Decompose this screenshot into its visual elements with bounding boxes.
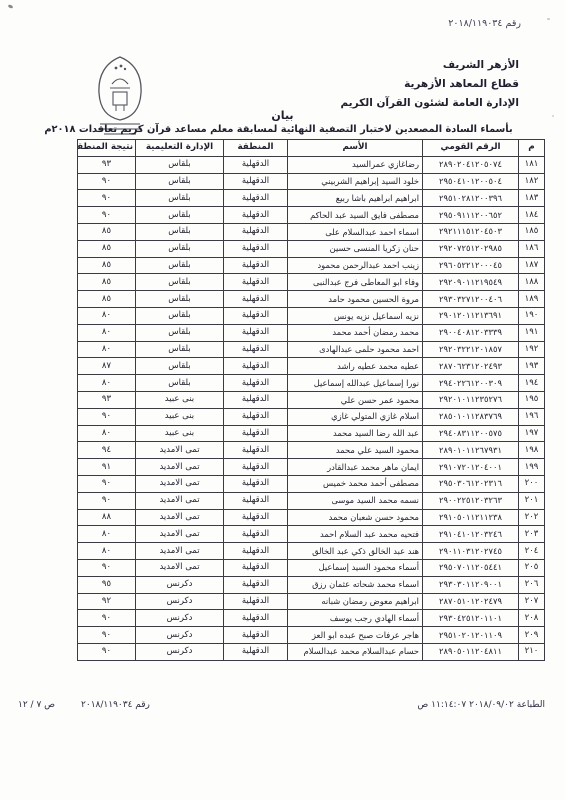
table-row: ٢٠٥ ٢٩٥٠٧٠١١٢٠٥٤٤١ أسماء محمود السيد إسم… bbox=[78, 559, 545, 576]
cell-region-score: ٩٠ bbox=[78, 475, 136, 492]
cell-edu-admin: بلقاس bbox=[136, 307, 224, 324]
cell-national-id: ٢٩٤٠٢٢٦١٢٠٠٣٠٩ bbox=[423, 375, 519, 392]
cell-edu-admin: تمى الامديد bbox=[136, 492, 224, 509]
cell-region: الدقهلية bbox=[224, 274, 288, 291]
cell-region: الدقهلية bbox=[224, 543, 288, 560]
cell-region: الدقهلية bbox=[224, 559, 288, 576]
cell-edu-admin: بلقاس bbox=[136, 341, 224, 358]
cell-edu-admin: دكرنس bbox=[136, 593, 224, 610]
footer-doc-info: رقم ٢٠١٨/١١٩٠٣٤ص ٧ / ١٢ bbox=[18, 700, 150, 710]
cell-name: احمد محمود حلمى عبدالهادى bbox=[288, 341, 423, 358]
cell-name: ابراهيم ابراهيم باشا ربيع bbox=[288, 190, 423, 207]
cell-serial: ٢٠٦ bbox=[519, 576, 545, 593]
cell-serial: ٢٠٤ bbox=[519, 543, 545, 560]
cell-serial: ٢١٠ bbox=[519, 643, 545, 660]
cell-edu-admin: بلقاس bbox=[136, 324, 224, 341]
cell-national-id: ٢٩٥٠٤١٠١٢٠٠٥٠٤ bbox=[423, 173, 519, 190]
cell-national-id: ٢٩١٠٧٢٠١٢٠٤٠٠١ bbox=[423, 459, 519, 476]
cell-serial: ١٨٩ bbox=[519, 291, 545, 308]
cell-national-id: ٢٩١٠٤١٠١٢٠٣٢٤٦ bbox=[423, 526, 519, 543]
cell-region: الدقهلية bbox=[224, 257, 288, 274]
cell-edu-admin: بلقاس bbox=[136, 190, 224, 207]
cell-region: الدقهلية bbox=[224, 324, 288, 341]
cell-region-score: ٨٧ bbox=[78, 358, 136, 375]
table-row: ١٩٢ ٢٩٢٠٣٢٢١٢٠١٨٥٧ احمد محمود حلمى عبدال… bbox=[78, 341, 545, 358]
cell-edu-admin: تمى الامديد bbox=[136, 459, 224, 476]
cell-national-id: ٢٨٥٠١٠١١٢٨٣٧٦٩ bbox=[423, 408, 519, 425]
cell-serial: ٢٠٥ bbox=[519, 559, 545, 576]
cell-name: هند عبد الخالق ذكي عبد الخالق bbox=[288, 543, 423, 560]
table-row: ١٨٢ ٢٩٥٠٤١٠١٢٠٠٥٠٤ خلود السيد إبراهيم ال… bbox=[78, 173, 545, 190]
table-row: ٢٠٠ ٢٩٥٠٣٠٦١٢٠٢٣١٦ مصطفى أحمد محمد خميس … bbox=[78, 475, 545, 492]
cell-edu-admin: بلقاس bbox=[136, 207, 224, 224]
cell-national-id: ٢٨٧٠٦٢٣١٢٠٢٤٩٣ bbox=[423, 358, 519, 375]
cell-region-score: ٩٠ bbox=[78, 643, 136, 660]
cell-national-id: ٢٨٩٠٥٠١١٢٠٤٨١١ bbox=[423, 643, 519, 660]
cell-serial: ١٩٦ bbox=[519, 408, 545, 425]
cell-region-score: ٩٠ bbox=[78, 610, 136, 627]
cell-serial: ١٨٤ bbox=[519, 207, 545, 224]
cell-national-id: ٢٩٥٠٧٠١١٢٠٥٤٤١ bbox=[423, 559, 519, 576]
table-row: ٢٠٤ ٢٩٠١١٠٣١٢٠٢٧٤٥ هند عبد الخالق ذكي عب… bbox=[78, 543, 545, 560]
cell-name: نزيه اسماعيل نزيه يونس bbox=[288, 307, 423, 324]
cell-serial: ١٩١ bbox=[519, 324, 545, 341]
cell-serial: ٢٠٨ bbox=[519, 610, 545, 627]
cell-edu-admin: بلقاس bbox=[136, 156, 224, 173]
cell-national-id: ٢٩٠٠٢٢٥١٢٠٣٢٦٣ bbox=[423, 492, 519, 509]
cell-national-id: ٢٩٠٠٤٠٨١٢٠٣٣٣٩ bbox=[423, 324, 519, 341]
cell-region-score: ٨٥ bbox=[78, 240, 136, 257]
cell-serial: ١٨٢ bbox=[519, 173, 545, 190]
table-row: ٢٠٦ ٢٩٣٠٣٠١١٢٠٩٠٠١ اسماء محمد شحاته عثما… bbox=[78, 576, 545, 593]
footer-doc-number: رقم ٢٠١٨/١١٩٠٣٤ bbox=[81, 700, 150, 710]
cell-edu-admin: بلقاس bbox=[136, 240, 224, 257]
table-row: ١٩٦ ٢٨٥٠١٠١١٢٨٣٧٦٩ اسلام غازي المتولي غا… bbox=[78, 408, 545, 425]
cell-region-score: ٩٣ bbox=[78, 391, 136, 408]
cell-serial: ١٩٩ bbox=[519, 459, 545, 476]
table-row: ١٨٣ ٢٩٥١٠٢٨١٢٠٠٣٩٦ ابراهيم ابراهيم باشا … bbox=[78, 190, 545, 207]
cell-region: الدقهلية bbox=[224, 442, 288, 459]
cell-edu-admin: بنى عبيد bbox=[136, 391, 224, 408]
cell-region: الدقهلية bbox=[224, 291, 288, 308]
cell-region: الدقهلية bbox=[224, 408, 288, 425]
cell-serial: ٢٠٧ bbox=[519, 593, 545, 610]
cell-edu-admin: تمى الامديد bbox=[136, 559, 224, 576]
document-title: بأسماء السادة المصعدين لاختبار التصفية ا… bbox=[16, 124, 541, 135]
cell-region: الدقهلية bbox=[224, 240, 288, 257]
cell-region: الدقهلية bbox=[224, 307, 288, 324]
table-row: ٢٠٨ ٢٩٣٠٤٢٥١٢٠١١٠١ أسماء الهادي رجب يوسف… bbox=[78, 610, 545, 627]
cell-region-score: ٩٠ bbox=[78, 190, 136, 207]
table-row: ١٩١ ٢٩٠٠٤٠٨١٢٠٣٣٣٩ محمد رمضان أحمد محمد … bbox=[78, 324, 545, 341]
cell-region-score: ٩٠ bbox=[78, 408, 136, 425]
scan-speck bbox=[8, 4, 14, 9]
cell-edu-admin: دكرنس bbox=[136, 610, 224, 627]
cell-region-score: ٩٥ bbox=[78, 576, 136, 593]
table-row: ١٨٤ ٢٩٥٠٩١١١٢٠٠٦٥٢ مصطفى فايق السيد عبد … bbox=[78, 207, 545, 224]
cell-region: الدقهلية bbox=[224, 391, 288, 408]
cell-serial: ٢٠٢ bbox=[519, 509, 545, 526]
cell-name: زينب احمد عبدالرحمن محمود bbox=[288, 257, 423, 274]
cell-name: حسام عبدالسلام محمد عبدالسلام bbox=[288, 643, 423, 660]
org-line-1: الأزهر الشريف bbox=[340, 56, 519, 75]
cell-edu-admin: تمى الامديد bbox=[136, 509, 224, 526]
cell-region: الدقهلية bbox=[224, 526, 288, 543]
cell-region-score: ٨٨ bbox=[78, 509, 136, 526]
cell-region: الدقهلية bbox=[224, 627, 288, 644]
cell-name: هاجر عرفات صبح عبده ابو العز bbox=[288, 627, 423, 644]
cell-serial: ١٩٢ bbox=[519, 341, 545, 358]
cell-region-score: ٩٠ bbox=[78, 173, 136, 190]
cell-name: ايمان ماهر محمد عبدالقادر bbox=[288, 459, 423, 476]
table-row: ١٩٨ ٢٨٩٠١٠١١٢٦٧٩٣١ محمود السيد علي محمد … bbox=[78, 442, 545, 459]
cell-national-id: ٢٩٢٠٣٢٢١٢٠١٨٥٧ bbox=[423, 341, 519, 358]
cell-national-id: ٢٩٥١٠٢٠١٢٠١١٠٩ bbox=[423, 627, 519, 644]
cell-edu-admin: تمى الامديد bbox=[136, 442, 224, 459]
cell-region-score: ٨٥ bbox=[78, 274, 136, 291]
cell-name: مصطفى أحمد محمد خميس bbox=[288, 475, 423, 492]
cell-name: محمود عمر حسن علي bbox=[288, 391, 423, 408]
table-row: ١٨١ ٢٨٩٠٢٠٤١٢٠٥٠٧٤ رضاغازي عمرالسيد الدق… bbox=[78, 156, 545, 173]
col-header-region: المنطقة bbox=[224, 140, 288, 157]
cell-serial: ٢٠٠ bbox=[519, 475, 545, 492]
cell-region: الدقهلية bbox=[224, 459, 288, 476]
cell-region: الدقهلية bbox=[224, 593, 288, 610]
cell-region-score: ٩٣ bbox=[78, 156, 136, 173]
footer-page-indicator: ص ٧ / ١٢ bbox=[18, 700, 55, 710]
cell-national-id: ٢٩٣٠٤٢٥١٢٠١١٠١ bbox=[423, 610, 519, 627]
candidates-table: م الرقم القومي الأسم المنطقة الإدارة الت… bbox=[77, 139, 545, 661]
cell-region-score: ٨٠ bbox=[78, 543, 136, 560]
scan-speck bbox=[547, 18, 550, 20]
cell-name: محمد رمضان أحمد محمد bbox=[288, 324, 423, 341]
table-row: ١٩٥ ٢٩٢٠١٠١١٢٣٥٢٧٦ محمود عمر حسن علي الد… bbox=[78, 391, 545, 408]
table-row: ٢٠٩ ٢٩٥١٠٢٠١٢٠١١٠٩ هاجر عرفات صبح عبده ا… bbox=[78, 627, 545, 644]
cell-serial: ٢٠٩ bbox=[519, 627, 545, 644]
cell-name: حنان زكريا المنسى حسين bbox=[288, 240, 423, 257]
cell-region: الدقهلية bbox=[224, 509, 288, 526]
cell-region-score: ٨٥ bbox=[78, 291, 136, 308]
cell-edu-admin: دكرنس bbox=[136, 627, 224, 644]
table-header-row: م الرقم القومي الأسم المنطقة الإدارة الت… bbox=[78, 140, 545, 157]
col-header-region-score: نتيجة المنطقة bbox=[78, 140, 136, 157]
table-row: ١٩٤ ٢٩٤٠٢٢٦١٢٠٠٣٠٩ نورا إسماعيل عبدالله … bbox=[78, 375, 545, 392]
table-row: ١٨٧ ٢٩٦٠٥٢٢١٢٠٠٠٤٥ زينب احمد عبدالرحمن م… bbox=[78, 257, 545, 274]
cell-region-score: ٨٠ bbox=[78, 307, 136, 324]
table-row: ١٩٩ ٢٩١٠٧٢٠١٢٠٤٠٠١ ايمان ماهر محمد عبدال… bbox=[78, 459, 545, 476]
cell-edu-admin: تمى الامديد bbox=[136, 526, 224, 543]
cell-name: محمود حسن شعبان محمد bbox=[288, 509, 423, 526]
cell-region: الدقهلية bbox=[224, 190, 288, 207]
cell-name: مروة الحسين محمود حامد bbox=[288, 291, 423, 308]
cell-serial: ١٨١ bbox=[519, 156, 545, 173]
cell-serial: ١٨٣ bbox=[519, 190, 545, 207]
table-row: ١٩٣ ٢٨٧٠٦٢٣١٢٠٢٤٩٣ عطيه محمد عطيه راشد ا… bbox=[78, 358, 545, 375]
cell-region: الدقهلية bbox=[224, 156, 288, 173]
cell-serial: ٢٠٣ bbox=[519, 526, 545, 543]
table-row: ٢٠١ ٢٩٠٠٢٢٥١٢٠٣٢٦٣ نسمه محمد السيد موسى … bbox=[78, 492, 545, 509]
cell-national-id: ٢٩٢١١١٥١٢٠٤٥٠٣ bbox=[423, 223, 519, 240]
table-row: ١٨٨ ٢٩٢٠٩٠١١٢١٩٥٤٩ وفاء ابو المعاطى فرج … bbox=[78, 274, 545, 291]
cell-national-id: ٢٩١٠٥٠١١٢١١٢٣٨ bbox=[423, 509, 519, 526]
cell-national-id: ٢٩٠١٢٠١١٢١٣٦٩١ bbox=[423, 307, 519, 324]
cell-national-id: ٢٩٤٠٨٣١١٢٠٠٥٧٥ bbox=[423, 425, 519, 442]
cell-name: عطيه محمد عطيه راشد bbox=[288, 358, 423, 375]
cell-national-id: ٢٩٢٠٧٢٥١٢٠٢٩٨٥ bbox=[423, 240, 519, 257]
cell-region: الدقهلية bbox=[224, 610, 288, 627]
cell-name: فتحيه محمد عبد السلام احمد bbox=[288, 526, 423, 543]
cell-region-score: ٨٥ bbox=[78, 257, 136, 274]
cell-serial: ١٨٨ bbox=[519, 274, 545, 291]
cell-name: نورا إسماعيل عبدالله إسماعيل bbox=[288, 375, 423, 392]
cell-region-score: ٩١ bbox=[78, 459, 136, 476]
statement-word: بيان bbox=[0, 109, 565, 122]
print-timestamp: الطباعة ٢٠١٨/٠٩/٠٢ ١١:١٤:٠٧ ص bbox=[417, 700, 545, 710]
cell-region: الدقهلية bbox=[224, 223, 288, 240]
cell-edu-admin: دكرنس bbox=[136, 576, 224, 593]
cell-national-id: ٢٩٣٠٣٢٧١٢٠٠٤٠٦ bbox=[423, 291, 519, 308]
cell-region-score: ٩٠ bbox=[78, 492, 136, 509]
scanned-document-page: رقم ٢٠١٨/١١٩٠٣٤ الأزهر الشريف قطاع المعا… bbox=[0, 0, 565, 800]
cell-region-score: ٩٠ bbox=[78, 207, 136, 224]
cell-national-id: ٢٩٢٠١٠١١٢٣٥٢٧٦ bbox=[423, 391, 519, 408]
cell-region: الدقهلية bbox=[224, 425, 288, 442]
cell-edu-admin: بلقاس bbox=[136, 274, 224, 291]
table-row: ١٨٦ ٢٩٢٠٧٢٥١٢٠٢٩٨٥ حنان زكريا المنسى حسي… bbox=[78, 240, 545, 257]
cell-region: الدقهلية bbox=[224, 341, 288, 358]
cell-edu-admin: بلقاس bbox=[136, 223, 224, 240]
cell-region-score: ٩٠ bbox=[78, 559, 136, 576]
organization-header: الأزهر الشريف قطاع المعاهد الأزهرية الإد… bbox=[340, 56, 519, 113]
cell-name: ابراهيم معوض رمضان شبانه bbox=[288, 593, 423, 610]
cell-national-id: ٢٩٠١١٠٣١٢٠٢٧٤٥ bbox=[423, 543, 519, 560]
col-header-name: الأسم bbox=[288, 140, 423, 157]
cell-national-id: ٢٨٩٠٢٠٤١٢٠٥٠٧٤ bbox=[423, 156, 519, 173]
cell-name: مصطفى فايق السيد عبد الحاكم bbox=[288, 207, 423, 224]
table-row: ١٨٩ ٢٩٣٠٣٢٧١٢٠٠٤٠٦ مروة الحسين محمود حام… bbox=[78, 291, 545, 308]
cell-region-score: ٨٠ bbox=[78, 375, 136, 392]
cell-serial: ١٩٨ bbox=[519, 442, 545, 459]
cell-name: رضاغازي عمرالسيد bbox=[288, 156, 423, 173]
cell-region: الدقهلية bbox=[224, 207, 288, 224]
table-row: ٢٠٧ ٢٨٧٠٥١٠١٢٠٢٤٧٩ ابراهيم معوض رمضان شب… bbox=[78, 593, 545, 610]
cell-name: أسماء محمود السيد إسماعيل bbox=[288, 559, 423, 576]
cell-edu-admin: بلقاس bbox=[136, 173, 224, 190]
cell-name: عبد الله رضا السيد محمد bbox=[288, 425, 423, 442]
cell-region-score: ٩٠ bbox=[78, 627, 136, 644]
cell-region: الدقهلية bbox=[224, 358, 288, 375]
cell-region: الدقهلية bbox=[224, 643, 288, 660]
cell-serial: ١٨٦ bbox=[519, 240, 545, 257]
col-header-national-id: الرقم القومي bbox=[423, 140, 519, 157]
cell-name: اسماء محمد شحاته عثمان رزق bbox=[288, 576, 423, 593]
table-row: ٢٠٣ ٢٩١٠٤١٠١٢٠٣٢٤٦ فتحيه محمد عبد السلام… bbox=[78, 526, 545, 543]
cell-national-id: ٢٩٢٠٩٠١١٢١٩٥٤٩ bbox=[423, 274, 519, 291]
cell-name: نسمه محمد السيد موسى bbox=[288, 492, 423, 509]
cell-region-score: ٨٠ bbox=[78, 341, 136, 358]
col-header-edu-admin: الإدارة التعليمية bbox=[136, 140, 224, 157]
cell-edu-admin: بلقاس bbox=[136, 291, 224, 308]
cell-region-score: ٨٠ bbox=[78, 526, 136, 543]
cell-region-score: ٩٤ bbox=[78, 442, 136, 459]
table-row: ١٩٠ ٢٩٠١٢٠١١٢١٣٦٩١ نزيه اسماعيل نزيه يون… bbox=[78, 307, 545, 324]
cell-national-id: ٢٩٦٠٥٢٢١٢٠٠٠٤٥ bbox=[423, 257, 519, 274]
cell-edu-admin: تمى الامديد bbox=[136, 543, 224, 560]
cell-region: الدقهلية bbox=[224, 173, 288, 190]
cell-serial: ١٩٣ bbox=[519, 358, 545, 375]
cell-name: أسماء الهادي رجب يوسف bbox=[288, 610, 423, 627]
org-line-2: قطاع المعاهد الأزهرية bbox=[340, 75, 519, 94]
cell-serial: ١٩٠ bbox=[519, 307, 545, 324]
cell-national-id: ٢٩٥٠٣٠٦١٢٠٢٣١٦ bbox=[423, 475, 519, 492]
cell-edu-admin: بلقاس bbox=[136, 257, 224, 274]
cell-national-id: ٢٩٥١٠٢٨١٢٠٠٣٩٦ bbox=[423, 190, 519, 207]
cell-region: الدقهلية bbox=[224, 475, 288, 492]
cell-region-score: ٨٥ bbox=[78, 223, 136, 240]
cell-name: وفاء ابو المعاطى فرج عبدالنبى bbox=[288, 274, 423, 291]
cell-edu-admin: بنى عبيد bbox=[136, 425, 224, 442]
table-body: ١٨١ ٢٨٩٠٢٠٤١٢٠٥٠٧٤ رضاغازي عمرالسيد الدق… bbox=[78, 156, 545, 660]
cell-national-id: ٢٨٩٠١٠١١٢٦٧٩٣١ bbox=[423, 442, 519, 459]
col-header-serial: م bbox=[519, 140, 545, 157]
table-row: ٢١٠ ٢٨٩٠٥٠١١٢٠٤٨١١ حسام عبدالسلام محمد ع… bbox=[78, 643, 545, 660]
cell-edu-admin: تمى الامديد bbox=[136, 475, 224, 492]
cell-serial: ١٩٥ bbox=[519, 391, 545, 408]
cell-region-score: ٨٠ bbox=[78, 425, 136, 442]
cell-name: اسلام غازي المتولي غازي bbox=[288, 408, 423, 425]
cell-region: الدقهلية bbox=[224, 576, 288, 593]
cell-serial: ١٨٧ bbox=[519, 257, 545, 274]
cell-edu-admin: بلقاس bbox=[136, 358, 224, 375]
cell-serial: ٢٠١ bbox=[519, 492, 545, 509]
cell-region-score: ٩٢ bbox=[78, 593, 136, 610]
document-number-stamp: رقم ٢٠١٨/١١٩٠٣٤ bbox=[448, 18, 521, 29]
cell-national-id: ٢٩٣٠٣٠١١٢٠٩٠٠١ bbox=[423, 576, 519, 593]
cell-national-id: ٢٨٧٠٥١٠١٢٠٢٤٧٩ bbox=[423, 593, 519, 610]
cell-serial: ١٩٧ bbox=[519, 425, 545, 442]
cell-region: الدقهلية bbox=[224, 492, 288, 509]
cell-edu-admin: دكرنس bbox=[136, 643, 224, 660]
cell-region-score: ٨٠ bbox=[78, 324, 136, 341]
table-row: ١٨٥ ٢٩٢١١١٥١٢٠٤٥٠٣ اسماء احمد عبدالسلام … bbox=[78, 223, 545, 240]
cell-serial: ١٨٥ bbox=[519, 223, 545, 240]
table-row: ٢٠٢ ٢٩١٠٥٠١١٢١١٢٣٨ محمود حسن شعبان محمد … bbox=[78, 509, 545, 526]
cell-region: الدقهلية bbox=[224, 375, 288, 392]
table-row: ١٩٧ ٢٩٤٠٨٣١١٢٠٠٥٧٥ عبد الله رضا السيد مح… bbox=[78, 425, 545, 442]
cell-name: محمود السيد علي محمد bbox=[288, 442, 423, 459]
cell-edu-admin: بلقاس bbox=[136, 375, 224, 392]
cell-name: اسماء احمد عبدالسلام على bbox=[288, 223, 423, 240]
cell-edu-admin: بنى عبيد bbox=[136, 408, 224, 425]
cell-national-id: ٢٩٥٠٩١١١٢٠٠٦٥٢ bbox=[423, 207, 519, 224]
cell-name: خلود السيد إبراهيم الشربيني bbox=[288, 173, 423, 190]
cell-serial: ١٩٤ bbox=[519, 375, 545, 392]
